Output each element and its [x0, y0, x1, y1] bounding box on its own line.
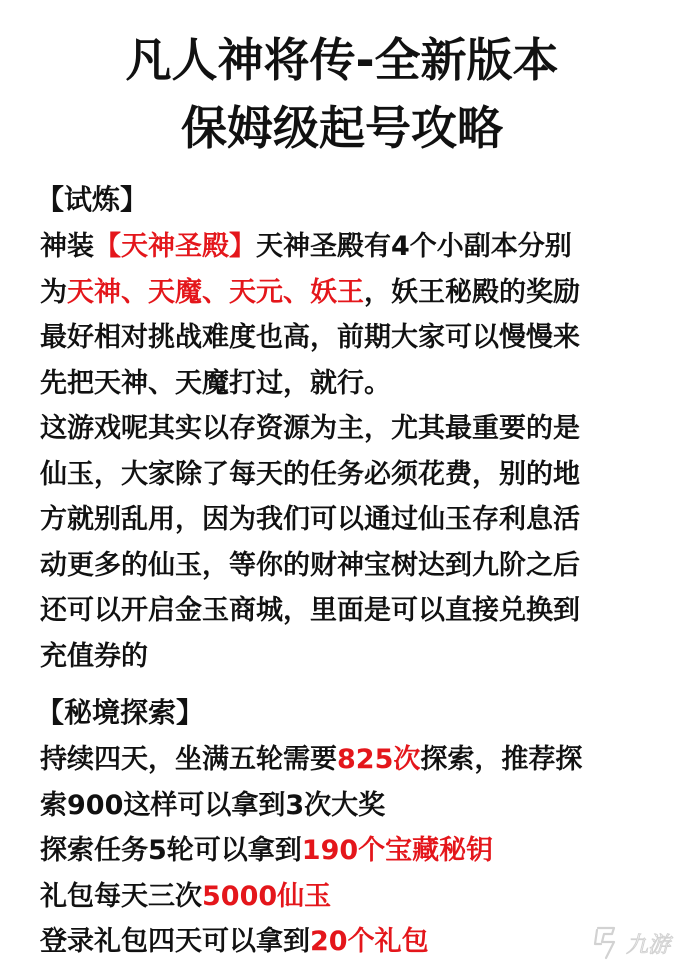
body-text: 索900这样可以拿到3次大奖	[40, 790, 385, 821]
text-line: 探索任务5轮可以拿到190个宝藏秘钥	[40, 828, 660, 874]
body-text: 神装	[40, 231, 94, 262]
svg-text:九游: 九游	[626, 933, 673, 958]
body-text: 礼包每天三次	[40, 881, 202, 912]
highlighted-text: 【天神圣殿】	[94, 231, 256, 262]
text-line: 仙玉，大家除了每天的任务必须花费，别的地	[40, 452, 660, 498]
highlighted-text: 825次	[337, 744, 420, 775]
highlighted-text: 190个宝藏秘钥	[302, 835, 493, 866]
text-line: 方就别乱用，因为我们可以通过仙玉存利息活	[40, 497, 660, 543]
text-line: 还可以开启金玉商城，里面是可以直接兑换到	[40, 588, 660, 634]
section-paragraph: 持续四天，坐满五轮需要825次探索，推荐探索900这样可以拿到3次大奖探索任务5…	[40, 737, 660, 965]
body-text: 天神圣殿有4个小副本分别	[256, 231, 572, 262]
section-heading: 【秘境探索】	[36, 689, 660, 737]
body-text: 动更多的仙玉，等你的财神宝树达到九阶之后	[40, 550, 580, 581]
body-text: 探索任务5轮可以拿到	[40, 835, 302, 866]
article-body: 【试炼】神装【天神圣殿】天神圣殿有4个小副本分别为天神、天魔、天元、妖王，妖王秘…	[40, 176, 660, 965]
section-paragraph: 神装【天神圣殿】天神圣殿有4个小副本分别为天神、天魔、天元、妖王，妖王秘殿的奖励…	[40, 224, 660, 679]
jiuyou-watermark: 九游	[592, 922, 684, 962]
body-text: 还可以开启金玉商城，里面是可以直接兑换到	[40, 595, 580, 626]
highlighted-text: 20个礼包	[310, 926, 429, 957]
body-text: 仙玉，大家除了每天的任务必须花费，别的地	[40, 459, 580, 490]
text-line: 先把天神、天魔打过，就行。	[40, 361, 660, 407]
text-line: 充值券的	[40, 634, 660, 680]
text-line: 这游戏呢其实以存资源为主，尤其最重要的是	[40, 406, 660, 452]
body-text: 最好相对挑战难度也高，前期大家可以慢慢来	[40, 322, 580, 353]
body-text: 登录礼包四天可以拿到	[40, 926, 310, 957]
section-gap	[40, 679, 660, 689]
page-title-line-2: 保姆级起号攻略	[0, 98, 684, 158]
body-text: 这游戏呢其实以存资源为主，尤其最重要的是	[40, 413, 580, 444]
text-line: 索900这样可以拿到3次大奖	[40, 783, 660, 829]
text-line: 登录礼包四天可以拿到20个礼包	[40, 919, 660, 965]
body-text: 探索，推荐探	[420, 744, 582, 775]
body-text: 持续四天，坐满五轮需要	[40, 744, 337, 775]
text-line: 礼包每天三次5000仙玉	[40, 874, 660, 920]
text-line: 动更多的仙玉，等你的财神宝树达到九阶之后	[40, 543, 660, 589]
section-heading: 【试炼】	[36, 176, 660, 224]
body-text: 方就别乱用，因为我们可以通过仙玉存利息活	[40, 504, 580, 535]
body-text: 充值券的	[40, 641, 148, 672]
page-title-line-1: 凡人神将传-全新版本	[0, 30, 684, 90]
highlighted-text: 天神、天魔、天元、妖王	[67, 277, 364, 308]
body-text: ，妖王秘殿的奖励	[364, 277, 580, 308]
text-line: 持续四天，坐满五轮需要825次探索，推荐探	[40, 737, 660, 783]
body-text: 为	[40, 277, 67, 308]
highlighted-text: 5000仙玉	[202, 881, 331, 912]
text-line: 神装【天神圣殿】天神圣殿有4个小副本分别	[40, 224, 660, 270]
text-line: 最好相对挑战难度也高，前期大家可以慢慢来	[40, 315, 660, 361]
jiuyou-logo-icon: 九游	[592, 922, 684, 962]
text-line: 为天神、天魔、天元、妖王，妖王秘殿的奖励	[40, 270, 660, 316]
body-text: 先把天神、天魔打过，就行。	[40, 368, 391, 399]
